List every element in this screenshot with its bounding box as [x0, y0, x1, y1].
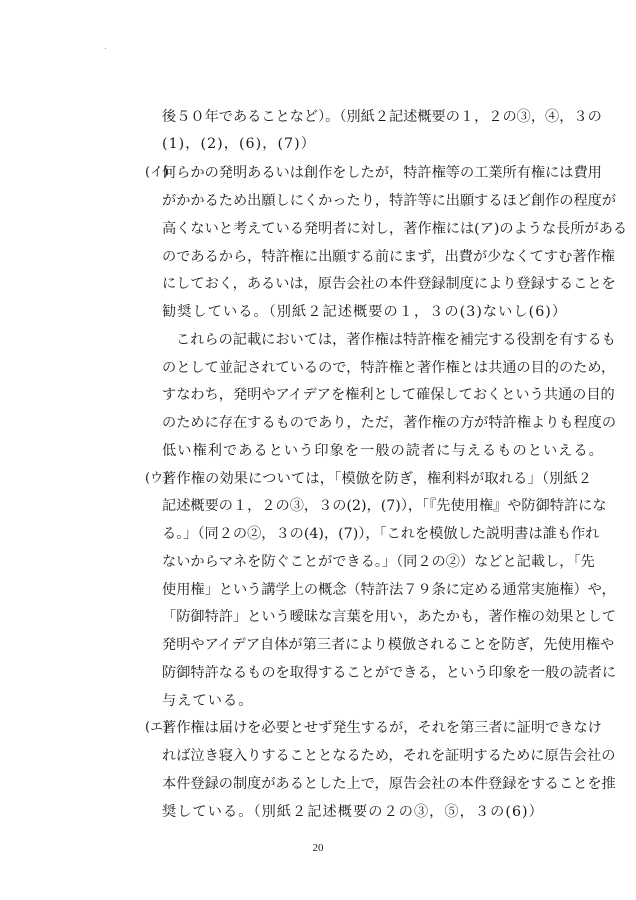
text-line: 発明やアイデア自体が第三者により模倣されることを防ぎ，先使用権や	[162, 635, 592, 655]
text-line: 与えている。	[162, 691, 592, 711]
text-line: 低い権利であるという印象を一般の読者に与えるものといえる。	[162, 441, 592, 461]
text-line: にしておく，あるいは，原告会社の本件登録制度により登録することを	[162, 274, 592, 294]
text-line: 本件登録の制度があるとした上で，原告会社の本件登録をすることを推	[162, 774, 592, 794]
text-line: がかかるため出願しにくかったり，特許等に出願するほど創作の程度が	[162, 191, 592, 211]
text-line: 防御特許なるものを取得することができる，という印象を一般の読者に	[162, 663, 592, 683]
text-line: 著作権の効果については，「模倣を防ぎ，権利料が取れる」（別紙２	[162, 469, 592, 489]
text-line: 高くないと考えている発明者に対し，著作権には(ア)のような長所がある	[162, 219, 592, 239]
text-line: 著作権は届けを必要とせず発生するが，それを第三者に証明できなけ	[162, 718, 592, 738]
scan-speck	[105, 48, 106, 49]
text-line: すなわち，発明やアイデアを権利として確保しておくという共通の目的	[162, 385, 592, 405]
text-line: 「防御特許」という曖昧な言葉を用い，あたかも，著作権の効果として	[162, 607, 592, 627]
text-line: 勧奨している。（別紙２記述概要の１，３の(3)ないし(6)）	[162, 302, 592, 322]
text-line: これらの記載においては，著作権は特許権を補完する役割を有するも	[176, 330, 592, 350]
text-line: のとして並記されているので，特許権と著作権とは共通の目的のため，	[162, 358, 592, 378]
text-line: のであるから，特許権に出願する前にまず，出費が少なくてすむ著作権	[162, 247, 592, 267]
text-line: 後５０年であることなど）。（別紙２記述概要の１，２の③，④，３の	[162, 107, 592, 127]
page-number: 20	[0, 842, 636, 854]
text-line: のために存在するものであり，ただ，著作権の方が特許権よりも程度の	[162, 413, 592, 433]
document-page: 後５０年であることなど）。（別紙２記述概要の１，２の③，④，３の(1)，(2)，…	[0, 0, 636, 900]
text-line: 奨している。（別紙２記述概要の２の③，⑤，３の(6)）	[162, 802, 592, 822]
text-line: 記述概要の１，２の③，３の(2)，(7)），「『先使用権』や防御特許にな	[162, 496, 592, 516]
text-line: 使用権」という講学上の概念（特許法７９条に定める通常実施権）や，	[162, 580, 592, 600]
text-line: れば泣き寝入りすることとなるため，それを証明するために原告会社の	[162, 746, 592, 766]
text-line: 何らかの発明あるいは創作をしたが，特許権等の工業所有権には費用	[162, 163, 592, 183]
text-line: ないからマネを防ぐことができる。」（同２の②）などと記載し，「先	[162, 552, 592, 572]
text-line: (1)，(2)，(6)，(7)）	[162, 134, 592, 154]
text-line: る。」（同２の②，３の(4)，(7)），「これを模倣した説明書は誰も作れ	[162, 524, 592, 544]
